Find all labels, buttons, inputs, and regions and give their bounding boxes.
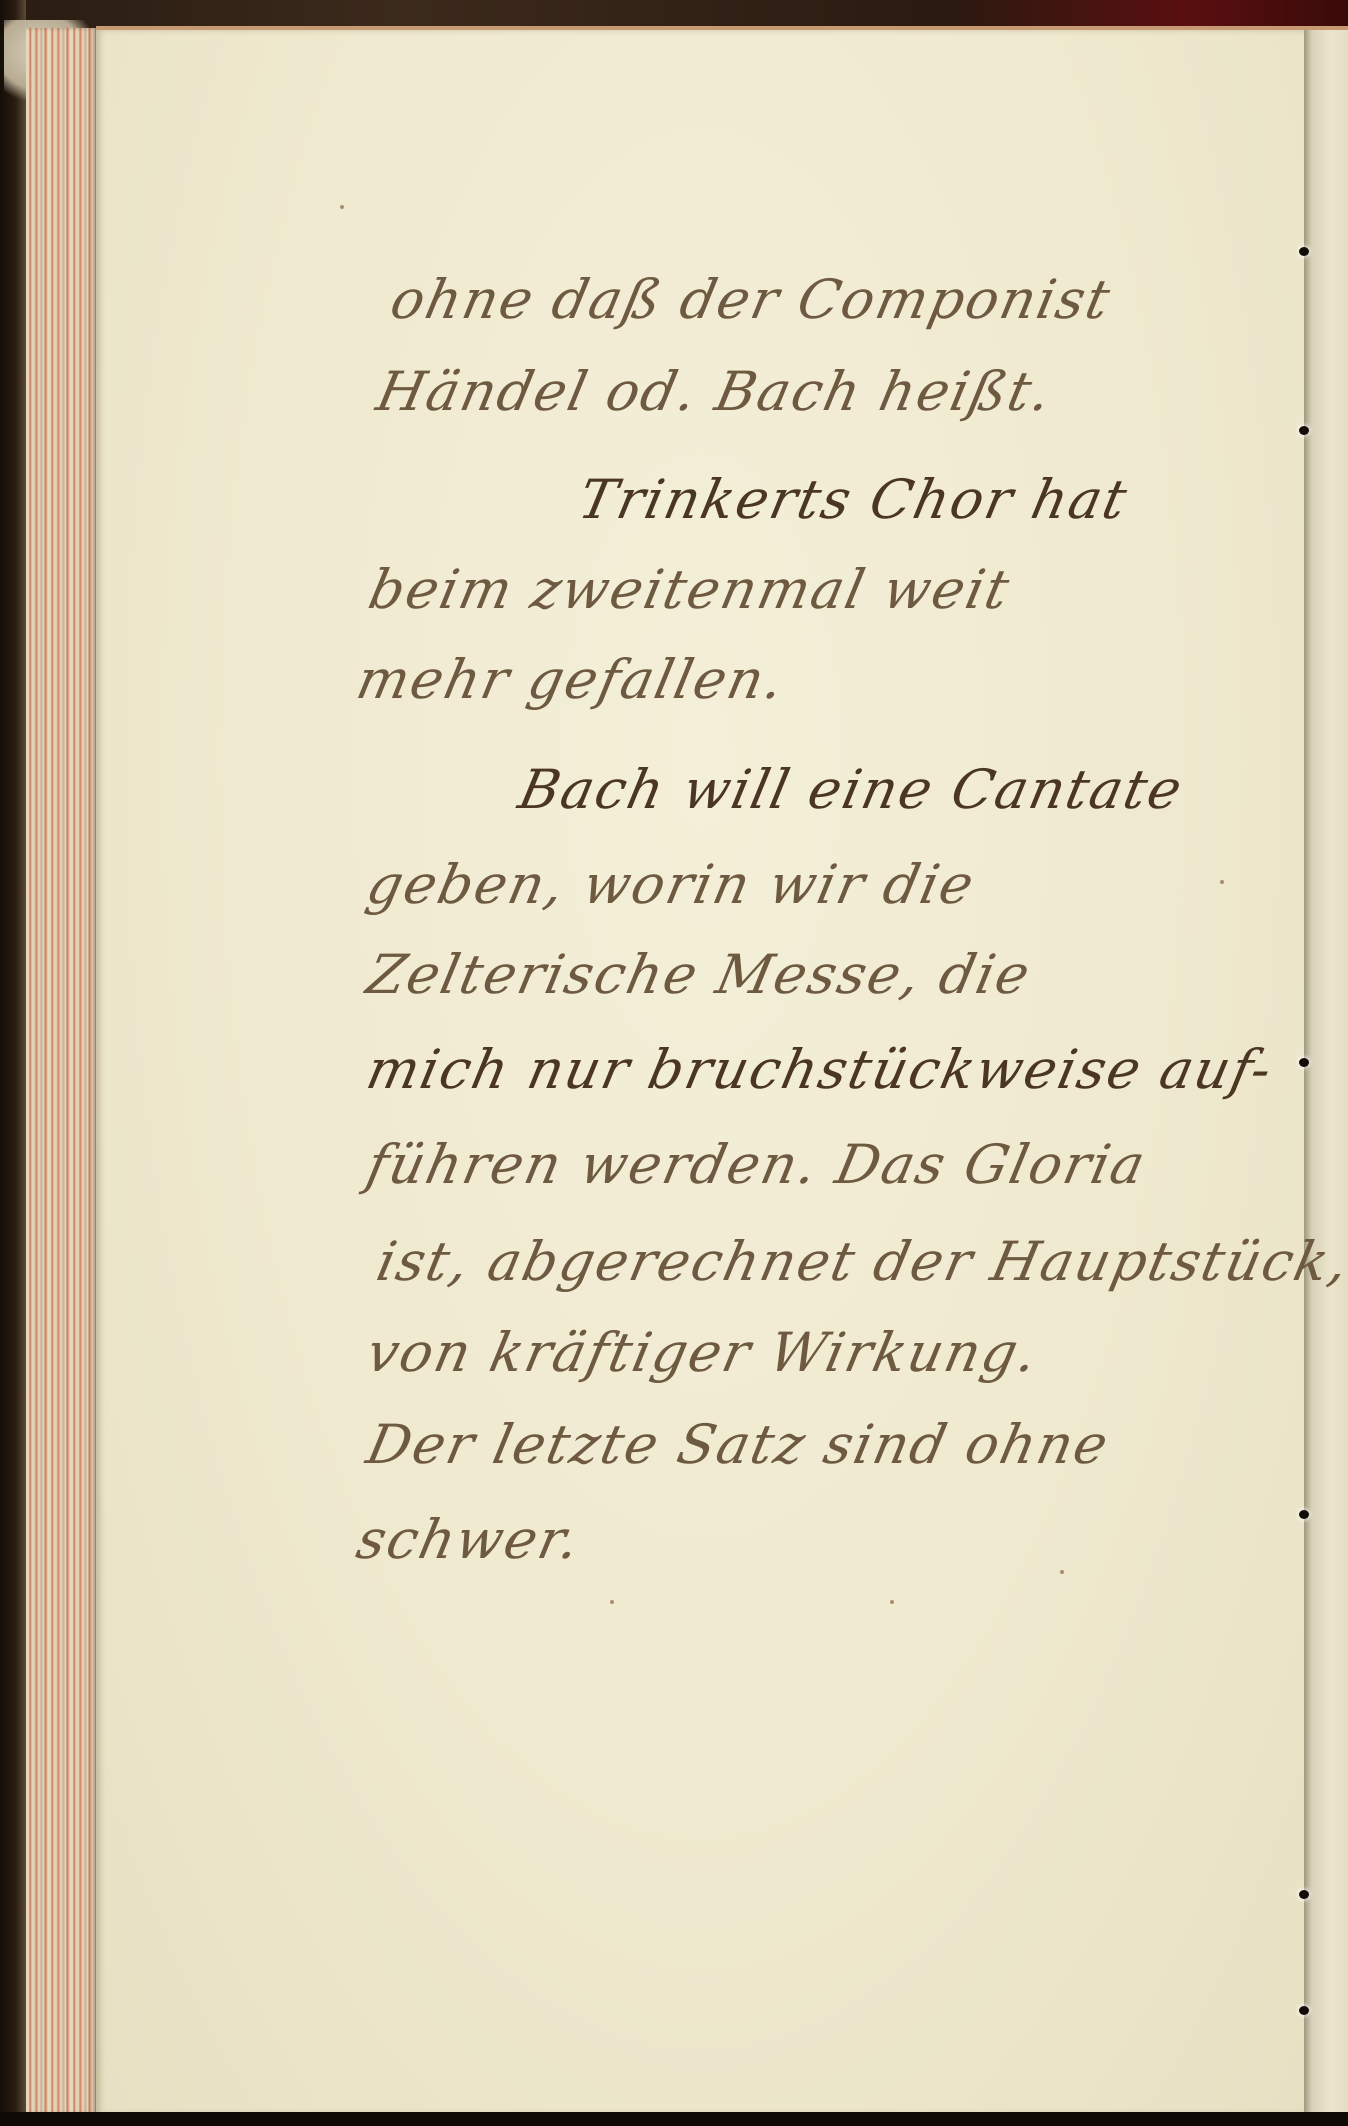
text-line: Händel od. Bach heißt. xyxy=(372,362,1058,422)
text-line: führen werden. Das Gloria xyxy=(362,1135,1152,1195)
text-line: Der letzte Satz sind ohne xyxy=(362,1415,1115,1475)
text-line: mich nur bruchstückweise auf- xyxy=(362,1040,1279,1100)
text-line: Trinkerts Chor hat xyxy=(574,470,1134,530)
text-line: ohne daß der Componist xyxy=(386,270,1117,330)
text-line: geben, worin wir die xyxy=(362,855,981,915)
text-line: von kräftiger Wirkung. xyxy=(362,1323,1045,1383)
text-line: schwer. xyxy=(352,1510,587,1570)
book-binding-bottom xyxy=(0,2112,1348,2126)
text-line: beim zweitenmal weit xyxy=(364,560,1016,620)
text-line: mehr gefallen. xyxy=(352,650,791,710)
text-line: Zelterische Messe, die xyxy=(362,945,1037,1005)
handwritten-text: ohne daß der Componist Händel od. Bach h… xyxy=(0,0,1348,2126)
text-line: Bach will eine Cantate xyxy=(514,760,1189,820)
text-line: ist, abgerechnet der Hauptstück, xyxy=(372,1232,1348,1292)
